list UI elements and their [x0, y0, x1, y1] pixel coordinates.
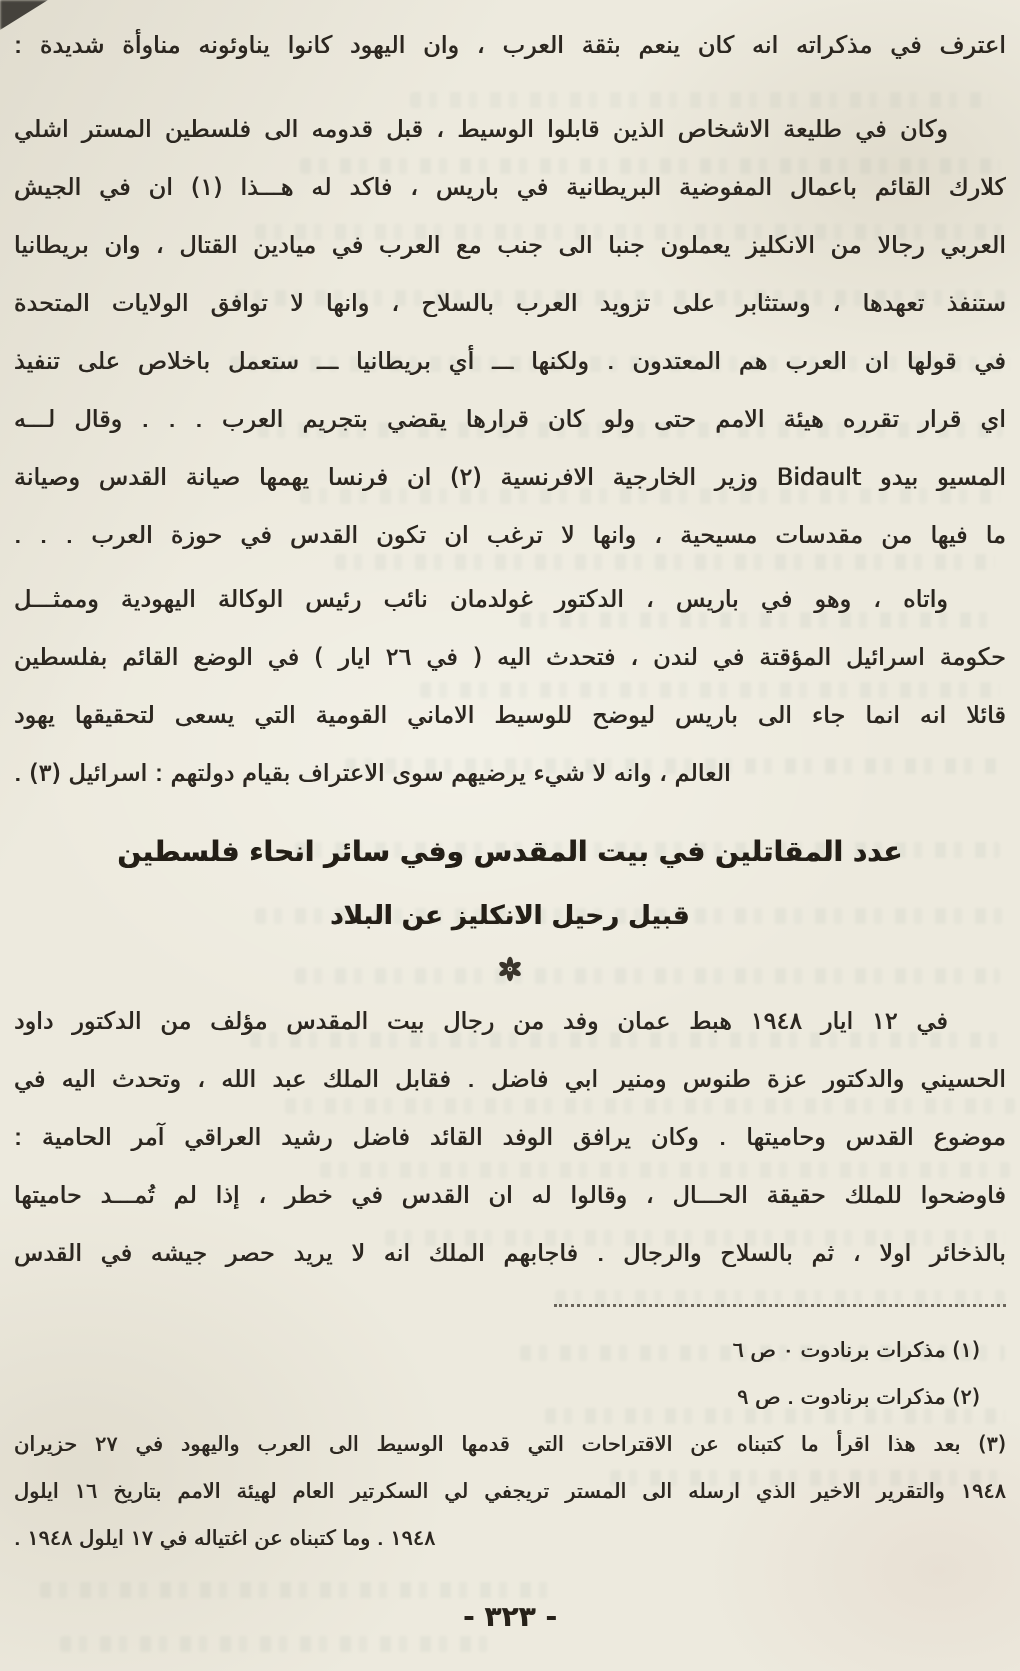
- text-line: (٢) مذكرات برنادوت . ص ٩: [14, 1374, 1006, 1421]
- paragraph: اعترف في مذكراته انه كان ينعم بثقة العرب…: [14, 16, 1006, 74]
- paragraph: (٢) مذكرات برنادوت . ص ٩: [14, 1374, 1006, 1421]
- text-line: بالذخائر اولا ، ثم بالسلاح والرجال . فاج…: [14, 1224, 1006, 1282]
- text-line: حكومة اسرائيل المؤقتة في لندن ، فتحدث ال…: [14, 628, 1006, 686]
- text-line: ما فيها من مقدسات مسيحية ، وانها لا ترغب…: [14, 506, 1006, 564]
- text-line: اي قرار تقرره هيئة الامم حتى ولو كان قرا…: [14, 390, 1006, 448]
- text-line: العالم ، وانه لا شيء يرضيهم سوى الاعتراف…: [14, 744, 1006, 802]
- text-line: كلارك القائم باعمال المفوضية البريطانية …: [14, 158, 1006, 216]
- text-line: قائلا انه انما جاء الى باريس ليوضح للوسي…: [14, 686, 1006, 744]
- text-line: ١٩٤٨ . وما كتبناه عن اغتياله في ١٧ ايلول…: [14, 1515, 1006, 1562]
- text-line: ستنفذ تعهدها ، وستثابر على تزويد العرب ب…: [14, 274, 1006, 332]
- page-number: - ٣٢٣ -: [14, 1588, 1006, 1646]
- text-line: اعترف في مذكراته انه كان ينعم بثقة العرب…: [14, 16, 1006, 74]
- flower-ornament-icon: [14, 956, 1006, 984]
- section-subtitle: قبيل رحيل الانكليز عن البلاد: [14, 890, 1006, 942]
- paragraph: وكان في طليعة الاشخاص الذين قابلوا الوسي…: [14, 100, 1006, 564]
- text-line: (٣) بعد هذا اقرأ ما كتبناه عن الاقتراحات…: [14, 1421, 1006, 1468]
- paragraph: (١) مذكرات برنادوت ٠ ص ٦: [14, 1327, 1006, 1374]
- paragraph: في ١٢ ايار ١٩٤٨ هبط عمان وفد من رجال بيت…: [14, 992, 1006, 1282]
- paragraph: واتاه ، وهو في باريس ، الدكتور غولدمان ن…: [14, 570, 1006, 802]
- text-line: الحسيني والدكتور عزة طنوس ومنير ابي فاضل…: [14, 1050, 1006, 1108]
- paragraph: (٣) بعد هذا اقرأ ما كتبناه عن الاقتراحات…: [14, 1421, 1006, 1562]
- text-line: وكان في طليعة الاشخاص الذين قابلوا الوسي…: [14, 100, 1006, 158]
- book-page: اعترف في مذكراته انه كان ينعم بثقة العرب…: [0, 0, 1020, 1671]
- text-line: فاوضحوا للملك حقيقة الحـــال ، وقالوا له…: [14, 1166, 1006, 1224]
- text-line: المسيو بيدو Bidault وزير الخارجية الافرن…: [14, 448, 1006, 506]
- text-line: موضوع القدس وحاميتها . وكان يرافق الوفد …: [14, 1108, 1006, 1166]
- footnotes: (١) مذكرات برنادوت ٠ ص ٦(٢) مذكرات برناد…: [14, 1327, 1006, 1562]
- section-title: عدد المقاتلين في بيت المقدس وفي سائر انح…: [14, 826, 1006, 878]
- text-line: العربي رجالا من الانكليز يعملون جنبا الى…: [14, 216, 1006, 274]
- text-column: اعترف في مذكراته انه كان ينعم بثقة العرب…: [0, 16, 1020, 1646]
- text-line: واتاه ، وهو في باريس ، الدكتور غولدمان ن…: [14, 570, 1006, 628]
- footnote-separator: [554, 1304, 1006, 1307]
- text-line: ١٩٤٨ والتقرير الاخير الذي ارسله الى المس…: [14, 1468, 1006, 1515]
- text-line: (١) مذكرات برنادوت ٠ ص ٦: [14, 1327, 1006, 1374]
- body-paragraphs-top: اعترف في مذكراته انه كان ينعم بثقة العرب…: [14, 16, 1006, 802]
- text-line: في ١٢ ايار ١٩٤٨ هبط عمان وفد من رجال بيت…: [14, 992, 1006, 1050]
- body-paragraphs-bottom: في ١٢ ايار ١٩٤٨ هبط عمان وفد من رجال بيت…: [14, 992, 1006, 1282]
- text-line: في قولها ان العرب هم المعتدون . ولكنها ـ…: [14, 332, 1006, 390]
